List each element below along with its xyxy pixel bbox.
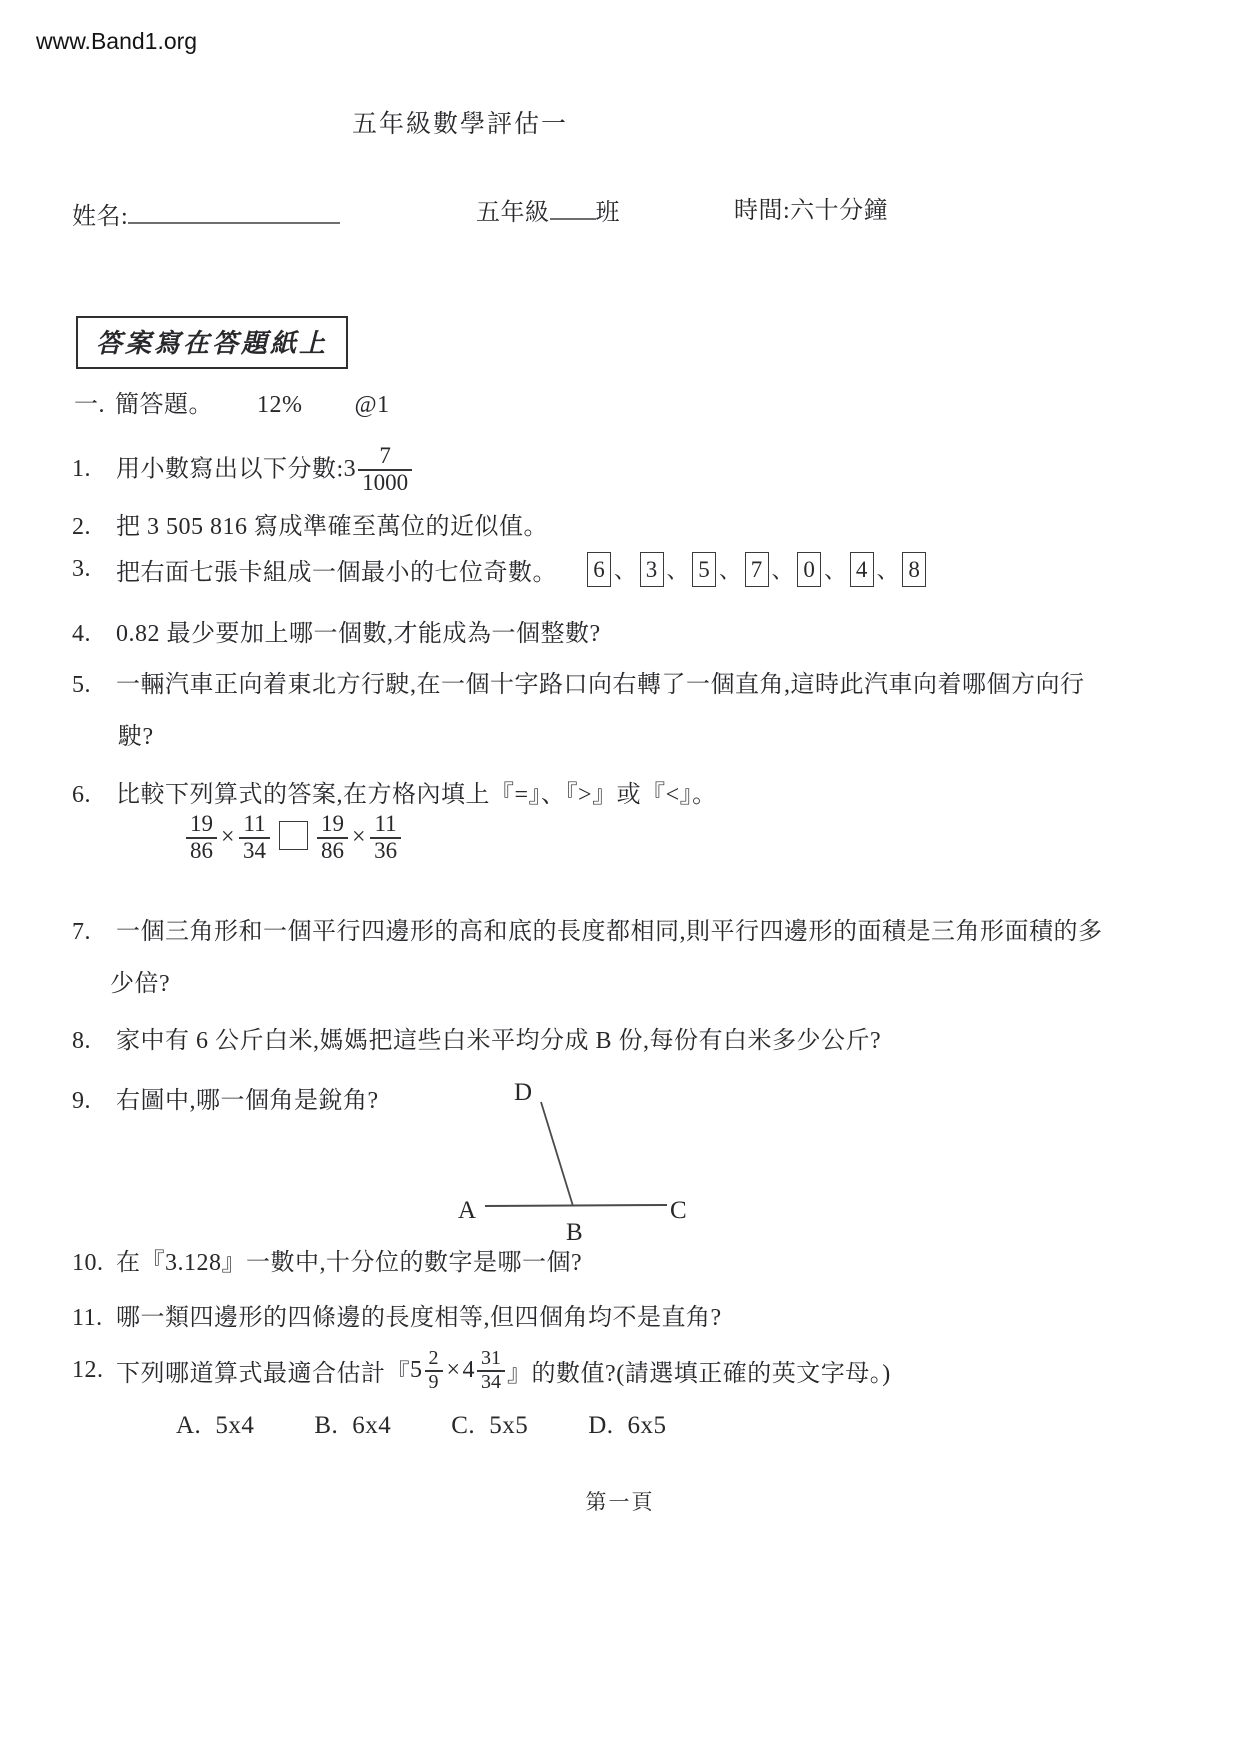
section-marks-each: @1 [355,392,390,418]
digit-card: 5 [692,552,716,587]
question-5: 5.一輛汽車正向着東北方行駛,在一個十字路口向右轉了一個直角,這時此汽車向着哪個… [72,664,1085,699]
question-7-line2: 少倍? [110,963,170,998]
fraction: 1136 [370,812,401,864]
numerator: 31 [477,1348,505,1372]
denominator: 9 [425,1372,443,1394]
figure-label-c: C [670,1197,687,1224]
comparison-answer-box [279,821,308,850]
option-d-label: D. [588,1412,613,1439]
section-number: 一. [74,392,105,418]
numerator: 2 [425,1348,443,1372]
digit-card: 6 [587,552,611,587]
notice-box: 答案寫在答題紙上 [76,316,348,369]
time-label: 時間:六十分鐘 [734,190,888,225]
denominator: 34 [477,1372,505,1394]
angle-figure: D A B C [420,1072,720,1250]
option-c: C.5x5 [451,1412,528,1440]
option-c-label: C. [451,1412,475,1439]
question-8-text: 家中有 6 公斤白米,媽媽把這些白米平均分成 B 份,每份有白米多少公斤? [116,1028,881,1054]
multiply-sign: × [447,1357,461,1384]
fraction: 1986 [186,812,217,864]
question-10: 10.在『3.128』一數中,十分位的數字是哪一個? [72,1242,582,1277]
digit-card: 4 [850,552,874,587]
question-12-number: 12. [72,1357,116,1384]
question-1-text: 用小數寫出以下分數: [116,456,344,482]
multiply-sign: × [352,824,366,851]
question-11: 11.哪一類四邊形的四條邊的長度相等,但四個角均不是直角? [72,1297,722,1332]
numerator: 11 [370,812,401,839]
question-4-text: 0.82 最少要加上哪一個數,才能成為一個整數? [116,621,601,647]
mixed-number-whole: 4 [463,1357,476,1384]
mixed-number-fraction: 3134 [477,1348,505,1393]
figure-label-a: A [458,1197,476,1224]
question-9-number: 9. [72,1088,116,1115]
class-suffix-label: 班 [596,200,621,226]
question-5-number: 5. [72,672,116,699]
question-8-number: 8. [72,1028,116,1055]
option-d: D.6x5 [588,1412,666,1440]
question-1-whole: 3 [344,456,357,483]
option-a-value: 5x4 [215,1412,254,1439]
question-10-text: 在『3.128』一數中,十分位的數字是哪一個? [116,1250,582,1276]
enumeration-mark: 、 [719,554,742,585]
option-a-label: A. [176,1412,201,1439]
name-row: 姓名: [72,196,340,231]
digit-card: 7 [745,552,769,587]
numerator: 19 [186,812,217,839]
numerator: 19 [317,812,348,839]
mixed-number-fraction: 29 [425,1348,443,1393]
digit-card: 3 [640,552,664,587]
multiply-sign: × [221,824,235,851]
name-label: 姓名: [72,204,128,230]
enumeration-mark: 、 [877,554,900,585]
option-b: B.6x4 [314,1412,391,1440]
question-4: 4.0.82 最少要加上哪一個數,才能成為一個整數? [72,613,601,648]
denominator: 86 [186,839,217,864]
class-row: 五年級班 [476,192,620,227]
question-8: 8.家中有 6 公斤白米,媽媽把這些白米平均分成 B 份,每份有白米多少公斤? [72,1020,881,1055]
question-11-number: 11. [72,1305,116,1332]
question-12-post-text: 』的數值?(請選填正確的英文字母。) [507,1353,891,1388]
question-6: 6.比較下列算式的答案,在方格內填上『=』、『>』或『<』。 [72,774,717,809]
option-b-label: B. [314,1412,338,1439]
mixed-number-whole: 5 [410,1357,423,1384]
site-watermark: www.Band1.org [36,28,197,55]
question-3-number: 3. [72,556,116,583]
name-blank-line [128,197,340,224]
question-2: 2.把 3 505 816 寫成準確至萬位的近似值。 [72,506,548,541]
figure-label-d: D [514,1079,532,1106]
section-header: 一.簡答題。12%@1 [74,384,390,419]
denominator: 86 [317,839,348,864]
class-prefix-label: 五年級 [476,200,550,226]
question-1-fraction: 71000 [358,444,412,496]
option-d-value: 6x5 [628,1412,667,1439]
question-6-expression: 1986×11341986×1136 [184,812,403,864]
digit-card: 0 [797,552,821,587]
question-3-text: 把右面七張卡組成一個最小的七位奇數。 [116,552,557,587]
enumeration-mark: 、 [772,554,795,585]
enumeration-mark: 、 [614,554,637,585]
question-2-number: 2. [72,514,116,541]
question-10-number: 10. [72,1250,116,1277]
enumeration-mark: 、 [667,554,690,585]
digit-cards: 6、3、5、7、0、4、8 [587,552,926,587]
question-1-numerator: 7 [358,444,412,471]
class-blank-line [550,193,596,220]
question-2-text: 把 3 505 816 寫成準確至萬位的近似值。 [116,514,548,540]
question-7-line1: 一個三角形和一個平行四邊形的高和底的長度都相同,則平行四邊形的面積是三角形面積的… [116,919,1103,945]
section-percent: 12% [257,392,303,418]
enumeration-mark: 、 [824,554,847,585]
question-6-text: 比較下列算式的答案,在方格內填上『=』、『>』或『<』。 [116,782,717,808]
figure-slant-line [541,1102,573,1206]
question-9-text: 右圖中,哪一個角是銳角? [116,1088,379,1114]
figure-base-line [485,1205,667,1206]
question-5-line2: 駛? [118,716,154,751]
question-3: 3.把右面七張卡組成一個最小的七位奇數。 6、3、5、7、0、4、8 [72,552,926,587]
question-12-pre-text: 下列哪道算式最適合估計『 [116,1353,410,1388]
section-title: 簡答題。 [115,392,213,418]
question-6-number: 6. [72,782,116,809]
question-12: 12.下列哪道算式最適合估計『529×43134』的數值?(請選填正確的英文字母… [72,1348,891,1393]
question-9: 9.右圖中,哪一個角是銳角? [72,1080,379,1115]
denominator: 36 [370,839,401,864]
question-12-options: A.5x4 B.6x4 C.5x5 D.6x5 [176,1412,667,1440]
question-4-number: 4. [72,621,116,648]
question-7-number: 7. [72,919,116,946]
question-11-text: 哪一類四邊形的四條邊的長度相等,但四個角均不是直角? [116,1305,722,1331]
page-number: 第一頁 [0,1486,1240,1516]
fraction: 1986 [317,812,348,864]
question-5-line1: 一輛汽車正向着東北方行駛,在一個十字路口向右轉了一個直角,這時此汽車向着哪個方向… [116,672,1085,698]
question-1-number: 1. [72,456,116,483]
fraction: 1134 [239,812,270,864]
option-b-value: 6x4 [352,1412,391,1439]
option-a: A.5x4 [176,1412,254,1440]
question-1: 1.用小數寫出以下分數:371000 [72,444,414,496]
page-title: 五年級數學評估一 [352,104,568,140]
question-1-denominator: 1000 [358,471,412,496]
question-7: 7.一個三角形和一個平行四邊形的高和底的長度都相同,則平行四邊形的面積是三角形面… [72,911,1103,946]
numerator: 11 [239,812,270,839]
digit-card: 8 [902,552,926,587]
option-c-value: 5x5 [489,1412,528,1439]
denominator: 34 [239,839,270,864]
